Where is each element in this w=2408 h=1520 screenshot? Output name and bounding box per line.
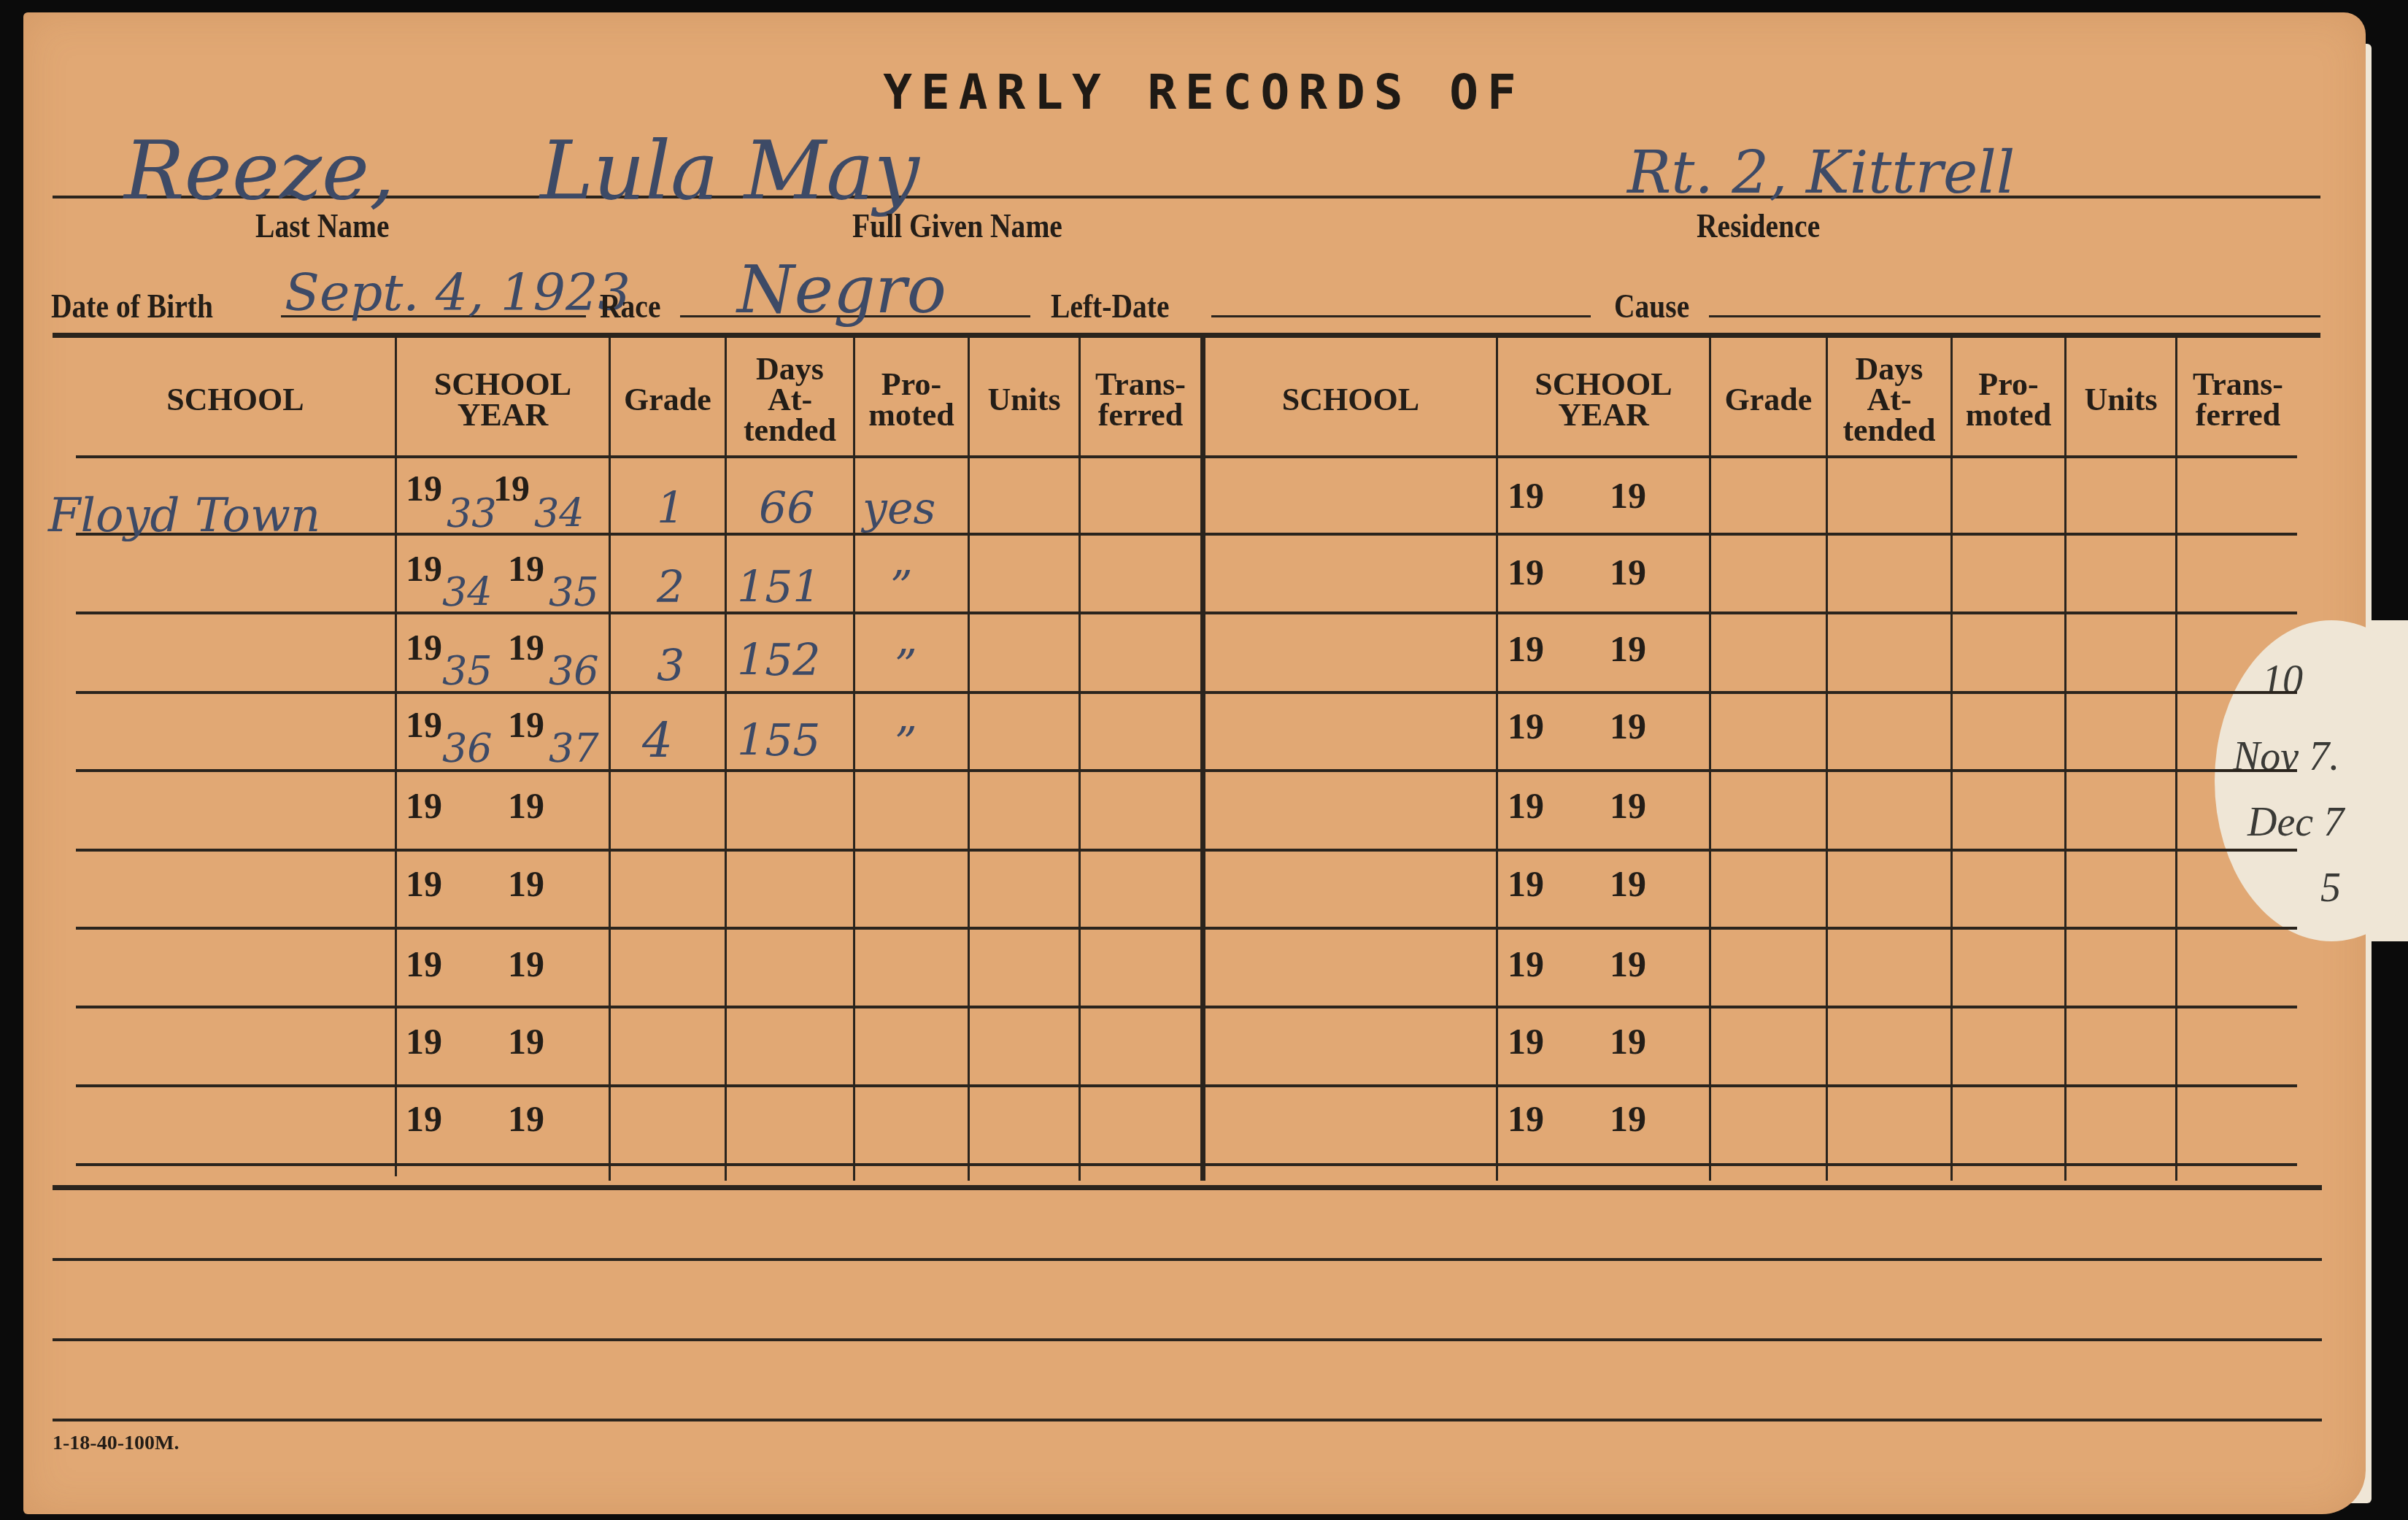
year-prefix: 19 <box>1508 628 1544 670</box>
header-school: SCHOOL <box>76 343 395 456</box>
col-divider <box>1709 337 1711 1181</box>
promoted-cell[interactable]: yes <box>863 483 935 534</box>
grade-cell[interactable]: 4 <box>642 712 673 768</box>
col-divider <box>1826 337 1828 1181</box>
row-line <box>76 533 2297 536</box>
grade-cell[interactable]: 1 <box>657 483 684 534</box>
col-divider <box>1496 337 1498 1181</box>
race-value[interactable]: Negro <box>737 252 946 328</box>
header-school-year: SCHOOL YEAR <box>397 343 609 456</box>
col-divider <box>1950 337 1953 1181</box>
days-cell[interactable]: 151 <box>737 562 821 613</box>
year-prefix: 19 <box>1610 1097 1646 1140</box>
left-date-label: Left-Date <box>1051 287 1170 325</box>
header-grade: Grade <box>611 343 725 456</box>
year-end-cell[interactable]: 35 <box>549 569 599 615</box>
year-prefix: 19 <box>406 1097 442 1140</box>
year-prefix: 19 <box>508 943 544 985</box>
col-divider <box>395 337 397 1176</box>
year-prefix: 19 <box>508 626 544 668</box>
header-promoted-right: Pro- moted <box>1953 343 2064 456</box>
days-cell[interactable]: 152 <box>737 635 821 686</box>
header-school-right: SCHOOL <box>1205 343 1496 456</box>
row-line <box>76 1084 2297 1087</box>
year-prefix: 19 <box>508 863 544 905</box>
header-grade-right: Grade <box>1711 343 1826 456</box>
promoted-cell[interactable]: ” <box>895 718 917 769</box>
grade-cell[interactable]: 3 <box>657 641 684 692</box>
year-prefix: 19 <box>1508 474 1544 517</box>
year-prefix: 19 <box>1508 705 1544 747</box>
year-start-cell[interactable]: 34 <box>442 569 493 615</box>
year-prefix: 19 <box>1610 1020 1646 1062</box>
header-days-attended: Days At- tended <box>727 343 853 456</box>
row-line <box>76 927 2297 930</box>
row-line <box>76 1006 2297 1008</box>
year-prefix: 19 <box>508 547 544 590</box>
year-prefix: 19 <box>406 784 442 827</box>
year-prefix: 19 <box>406 943 442 985</box>
promoted-cell[interactable]: ” <box>890 562 913 613</box>
year-prefix: 19 <box>493 467 530 509</box>
year-prefix: 19 <box>1610 474 1646 517</box>
year-prefix: 19 <box>406 703 442 746</box>
year-prefix: 19 <box>1508 784 1544 827</box>
header-units-right: Units <box>2067 343 2175 456</box>
col-divider <box>609 337 611 1181</box>
year-prefix: 19 <box>1610 863 1646 905</box>
year-prefix: 19 <box>508 1020 544 1062</box>
remarks-line-3[interactable] <box>53 1419 2322 1421</box>
header-transferred-right: Trans- ferred <box>2177 343 2299 456</box>
year-prefix: 19 <box>406 626 442 668</box>
year-start-cell[interactable]: 33 <box>447 490 497 536</box>
school-cell[interactable]: Floyd Town <box>48 489 320 543</box>
cause-underline[interactable] <box>1709 315 2320 317</box>
year-prefix: 19 <box>406 467 442 509</box>
cause-label: Cause <box>1614 287 1689 325</box>
col-divider <box>2175 337 2177 1181</box>
table-top-border <box>53 333 2320 338</box>
year-end-cell[interactable]: 37 <box>549 725 599 771</box>
form-title: YEARLY RECORDS OF <box>0 64 2408 120</box>
dob-value[interactable]: Sept. 4, 1923 <box>285 263 630 323</box>
col-divider <box>725 337 727 1181</box>
year-prefix: 19 <box>508 703 544 746</box>
given-name-value[interactable]: Lula May <box>540 124 919 217</box>
year-prefix: 19 <box>1508 863 1544 905</box>
year-prefix: 19 <box>1610 628 1646 670</box>
header-promoted: Pro- moted <box>855 343 968 456</box>
year-prefix: 19 <box>1508 1020 1544 1062</box>
remarks-line-1[interactable] <box>53 1258 2322 1261</box>
promoted-cell[interactable]: ” <box>895 641 917 692</box>
col-divider <box>2064 337 2067 1181</box>
col-divider <box>1078 337 1081 1181</box>
residence-value[interactable]: Rt. 2, Kittrell <box>1627 139 2015 207</box>
year-prefix: 19 <box>1610 943 1646 985</box>
year-prefix: 19 <box>406 863 442 905</box>
last-name-value[interactable]: Reeze, <box>124 124 395 217</box>
year-end-cell[interactable]: 36 <box>549 648 599 694</box>
row-line <box>76 612 2297 614</box>
days-cell[interactable]: 66 <box>759 483 814 534</box>
year-prefix: 19 <box>406 1020 442 1062</box>
year-prefix: 19 <box>1610 551 1646 593</box>
header-days-attended-right: Days At- tended <box>1828 343 1950 456</box>
header-school-year-right: SCHOOL YEAR <box>1498 343 1709 456</box>
row-line <box>76 769 2297 772</box>
given-name-label: Full Given Name <box>852 207 1062 245</box>
year-prefix: 19 <box>508 1097 544 1140</box>
year-prefix: 19 <box>1508 551 1544 593</box>
row-line <box>76 849 2297 852</box>
year-end-cell[interactable]: 34 <box>534 490 584 536</box>
year-start-cell[interactable]: 35 <box>442 648 493 694</box>
grade-cell[interactable]: 2 <box>657 562 684 613</box>
year-prefix: 19 <box>1610 784 1646 827</box>
last-name-label: Last Name <box>255 207 389 245</box>
dob-label: Date of Birth <box>51 287 213 325</box>
year-start-cell[interactable]: 36 <box>442 725 493 771</box>
form-content: YEARLY RECORDS OF Reeze, Lula May Rt. 2,… <box>0 0 2408 1520</box>
row-line <box>76 691 2297 694</box>
row-line <box>76 1163 2297 1166</box>
header-units: Units <box>970 343 1078 456</box>
header-transferred: Trans- ferred <box>1081 343 1200 456</box>
form-code: 1-18-40-100M. <box>53 1432 179 1455</box>
col-divider <box>853 337 855 1181</box>
center-divider <box>1200 337 1205 1181</box>
residence-label: Residence <box>1697 207 1820 245</box>
year-prefix: 19 <box>508 784 544 827</box>
remarks-line-2[interactable] <box>53 1338 2322 1341</box>
left-date-underline[interactable] <box>1211 315 1591 317</box>
year-prefix: 19 <box>406 547 442 590</box>
race-label: Race <box>600 287 660 325</box>
year-prefix: 19 <box>1508 943 1544 985</box>
days-cell[interactable]: 155 <box>737 715 821 766</box>
year-prefix: 19 <box>1610 705 1646 747</box>
col-divider <box>968 337 970 1181</box>
table-bottom-border <box>53 1185 2322 1190</box>
year-prefix: 19 <box>1508 1097 1544 1140</box>
